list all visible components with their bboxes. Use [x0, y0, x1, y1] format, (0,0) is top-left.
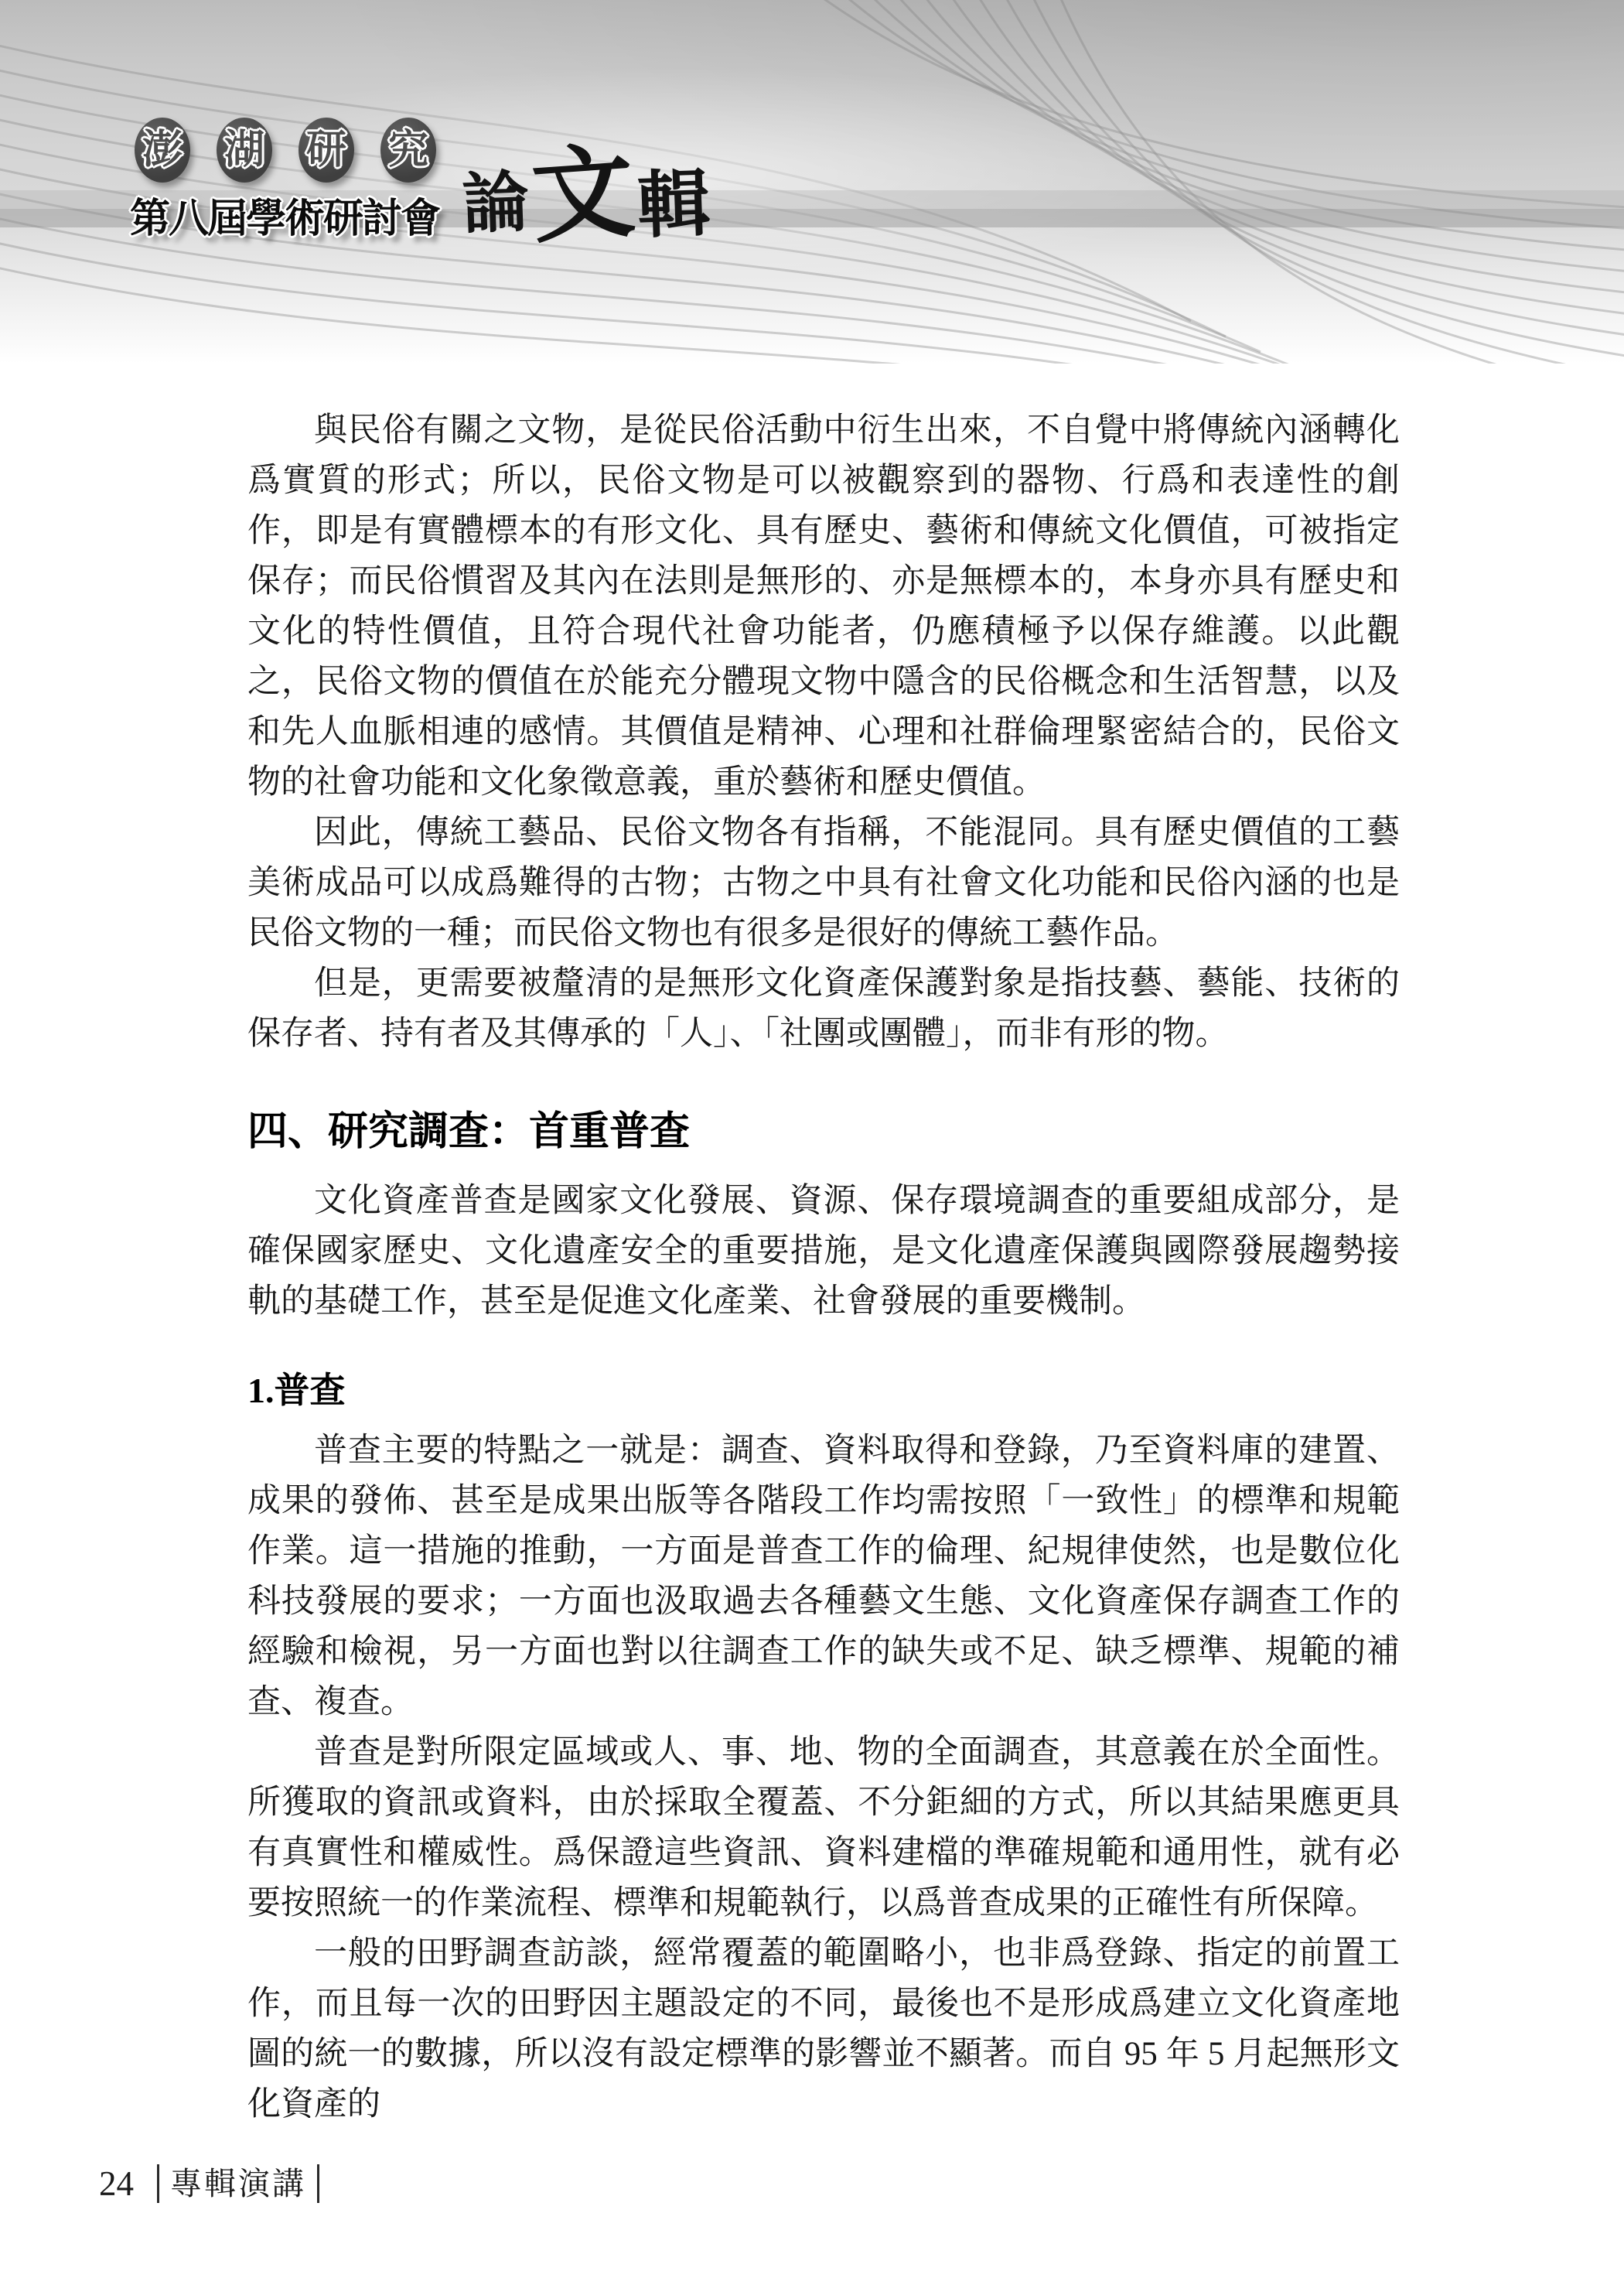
series-logo: 澎 湖 研 究: [135, 118, 436, 183]
body-paragraph: 一般的田野調查訪談，經常覆蓋的範圍略小，也非爲登錄、指定的前置工作，而且每一次的…: [247, 1928, 1400, 2129]
proceedings-title-char: 文: [529, 141, 638, 250]
body-paragraph: 但是，更需要被釐清的是無形文化資產保護對象是指技藝、藝能、技術的保存者、持有者及…: [247, 958, 1400, 1059]
body-paragraph: 普查是對所限定區域或人、事、地、物的全面調查，其意義在於全面性。所獲取的資訊或資…: [247, 1727, 1400, 1928]
conference-subtitle: 第八屆學術研討會: [130, 186, 439, 244]
logo-circle-char: 研: [306, 130, 346, 170]
document-body: 與民俗有關之文物，是從民俗活動中衍生出來，不自覺中將傳統內涵轉化爲實質的形式；所…: [247, 405, 1400, 2129]
body-paragraph: 因此，傳統工藝品、民俗文物各有指稱，不能混同。具有歷史價值的工藝美術成品可以成爲…: [247, 808, 1400, 958]
logo-circle: 湖: [217, 118, 272, 183]
logo-circle-char: 澎: [142, 130, 183, 170]
proceedings-title: 論 文 輯: [462, 144, 710, 246]
proceedings-title-char: 論: [462, 169, 531, 238]
page-number: 24: [99, 2167, 134, 2201]
body-paragraph: 普查主要的特點之一就是：調查、資料取得和登錄，乃至資料庫的建置、成果的發佈、甚至…: [247, 1426, 1400, 1727]
section-heading: 四、研究調查：首重普查: [247, 1105, 1400, 1159]
logo-circle-char: 究: [388, 130, 428, 170]
body-paragraph: 與民俗有關之文物，是從民俗活動中衍生出來，不自覺中將傳統內涵轉化爲實質的形式；所…: [247, 405, 1400, 808]
logo-circle-char: 湖: [224, 130, 264, 170]
logo-circle: 澎: [135, 118, 190, 183]
subsection-heading: 1.普查: [247, 1365, 1400, 1416]
proceedings-title-char: 輯: [636, 167, 711, 242]
logo-circle: 究: [380, 118, 436, 183]
footer-divider: [157, 2164, 159, 2203]
header-banner: 澎 湖 研 究 第八屆學術研討會 論 文 輯: [0, 0, 1624, 364]
logo-circle: 研: [299, 118, 354, 183]
footer-section-label: 專輯演講: [170, 2168, 306, 2200]
body-paragraph: 文化資產普查是國家文化發展、資源、保存環境調查的重要組成部分，是確保國家歷史、文…: [247, 1176, 1400, 1327]
page-footer: 24 專輯演講: [99, 2164, 319, 2203]
footer-divider: [317, 2164, 319, 2203]
